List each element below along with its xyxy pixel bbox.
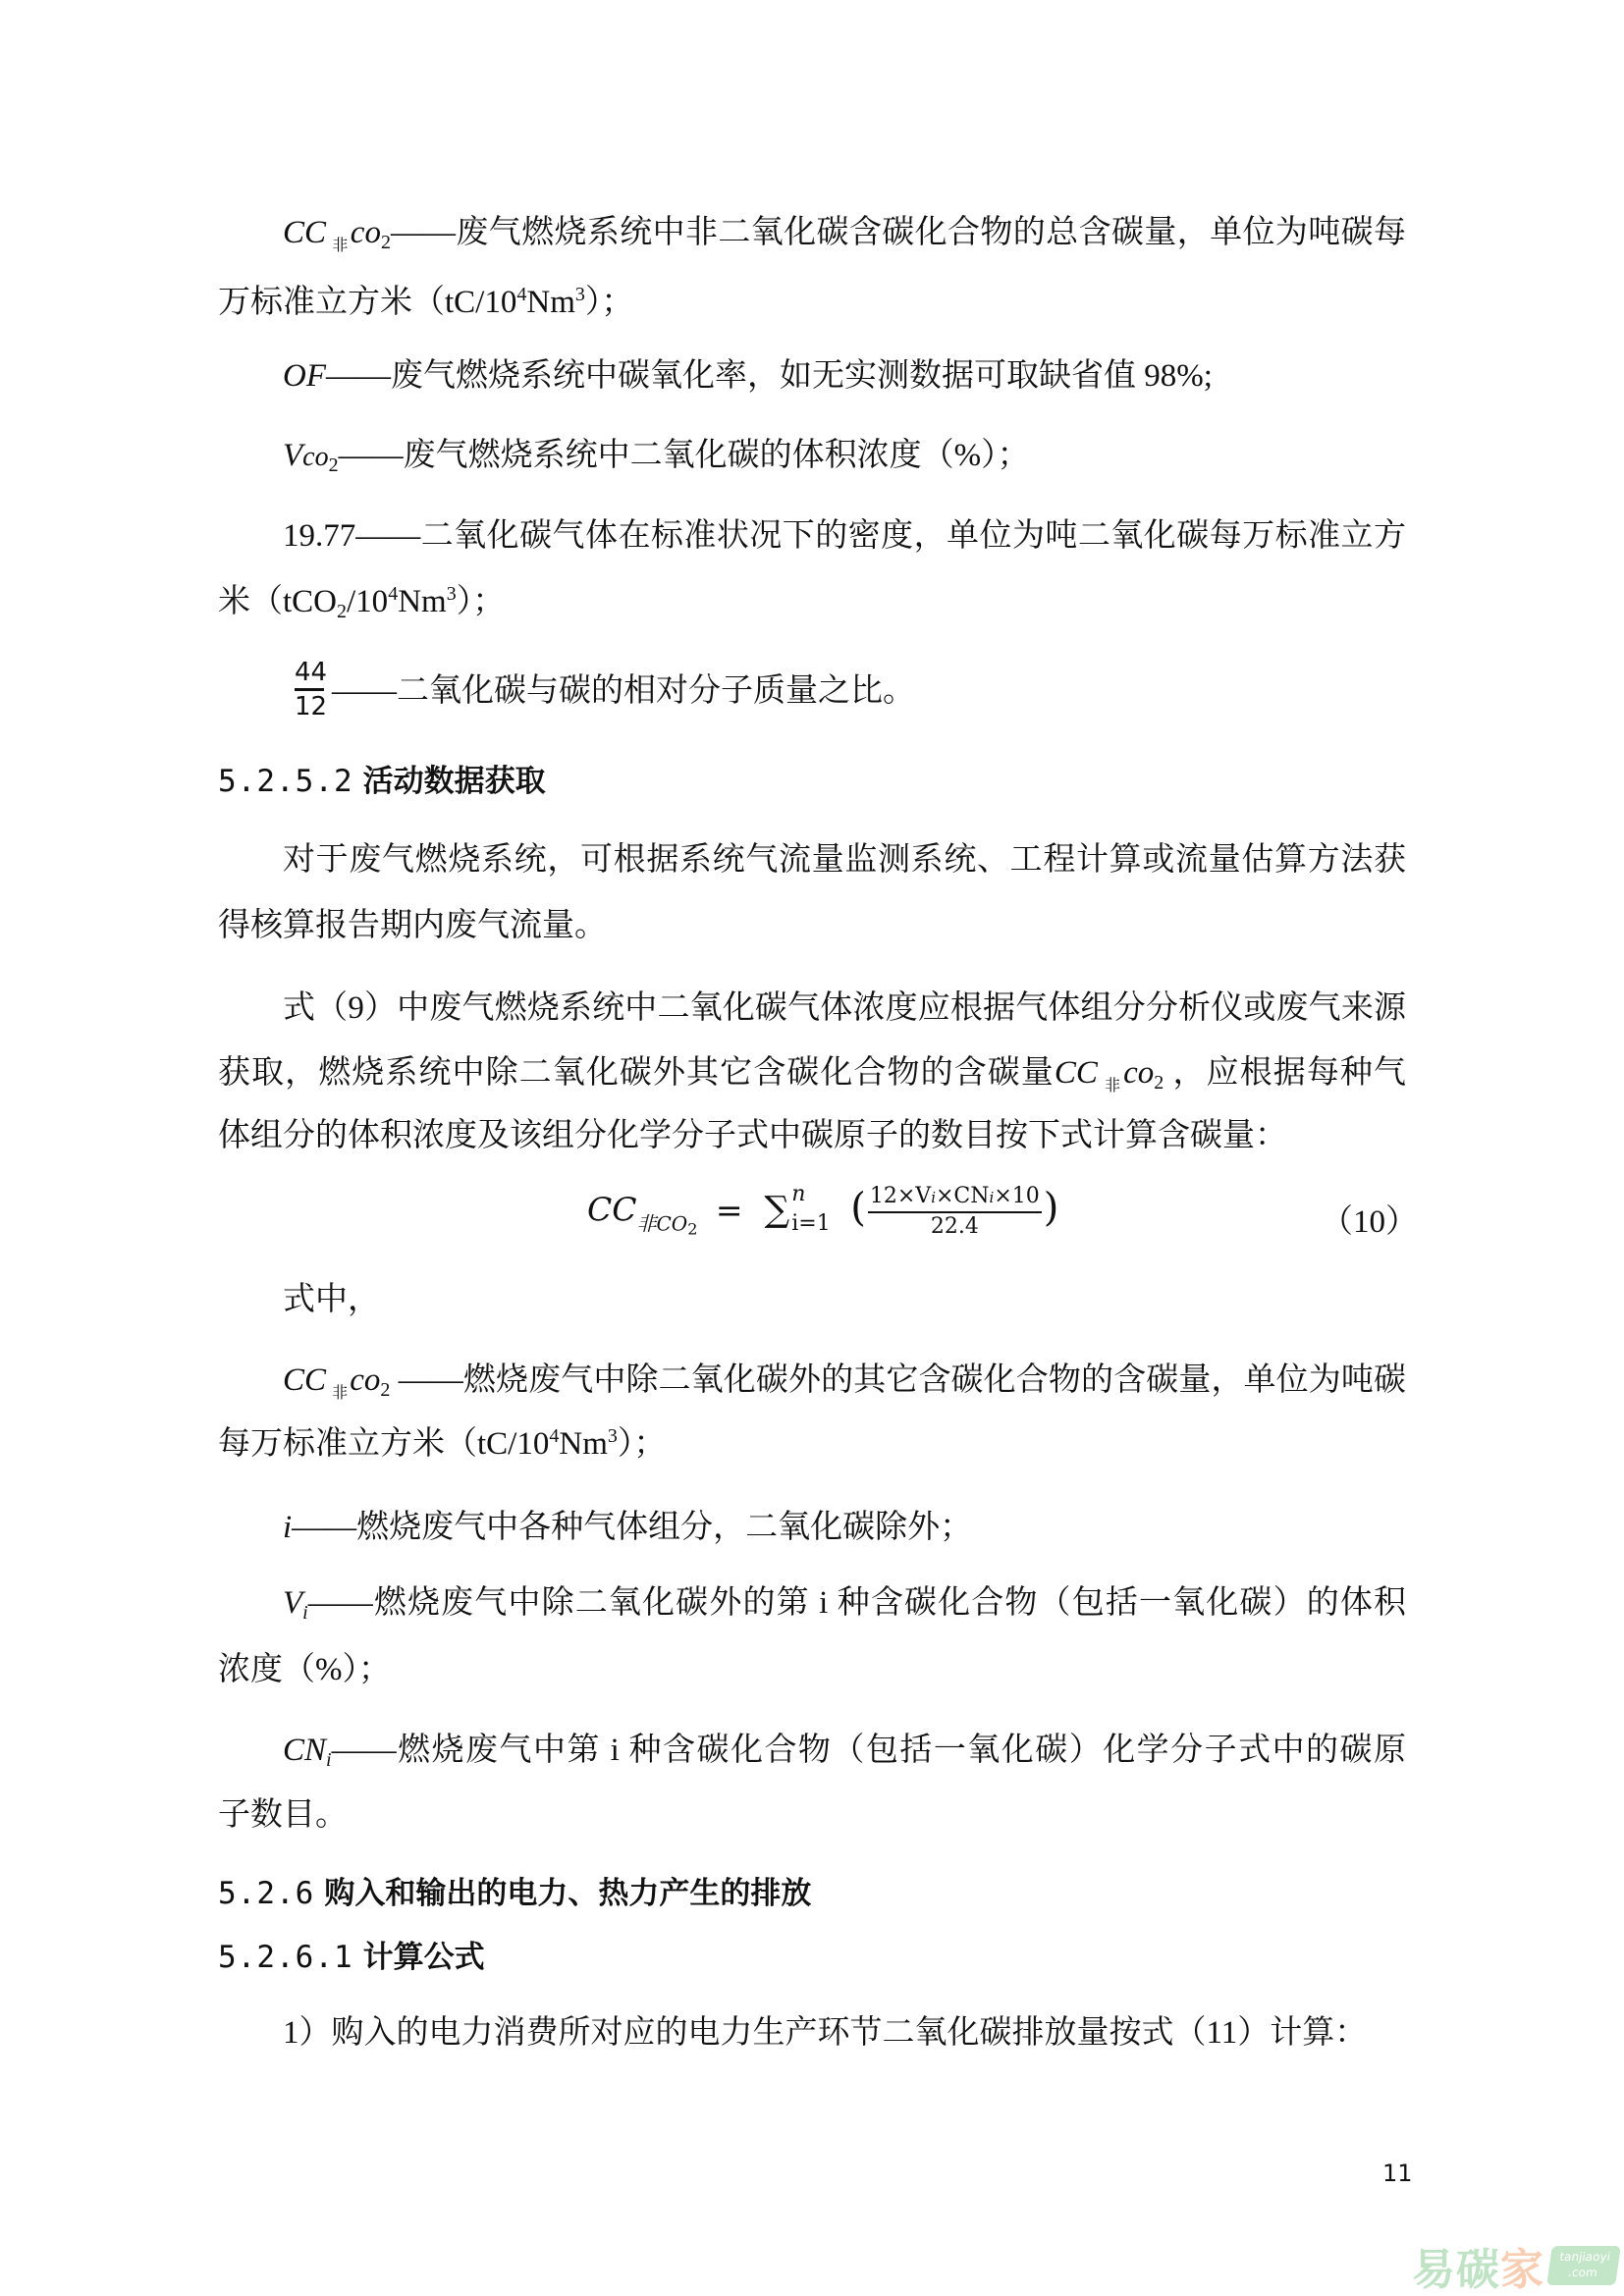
definition-text: ——燃烧废气中除二氧化碳外的第 i 种含碳化合物（包括一氧化碳）的体积	[308, 1585, 1406, 1621]
sum-icon: ∑	[765, 1190, 790, 1230]
definition-text: ——废气燃烧系统中碳氧化率，如无实测数据可取缺省值 98%;	[326, 358, 1213, 394]
section-heading-5-2-6: 5.2.6购入和输出的电力、热力产生的排放	[218, 1874, 811, 1913]
definition-density-line2: 米（tCO2/104Nm3）；	[218, 582, 1406, 621]
definition-text: ——燃烧废气中第 i 种含碳化合物（包括一氧化碳）化学分子式中的碳原	[332, 1733, 1406, 1768]
superscript: 3	[575, 284, 585, 305]
paragraph-2-line1: 式（9）中废气燃烧系统中二氧化碳气体浓度应根据气体组分分析仪或废气来源	[283, 988, 1406, 1028]
sum-upper: n	[791, 1182, 805, 1206]
definition-text: 浓度（%）；	[218, 1652, 391, 1687]
symbol-cc: CC	[283, 1362, 326, 1398]
definition-density-line1: 19.77——二氧化碳气体在标准状况下的密度，单位为吨二氧化碳每万标准立方	[283, 516, 1406, 556]
unit-text: ）；	[457, 584, 506, 619]
unit-text: /10	[347, 584, 388, 619]
watermark-domain-tld: .com	[1547, 2265, 1618, 2280]
subscript-fei: 非	[332, 238, 349, 254]
watermark-domain: tanjiaoyi	[1549, 2249, 1620, 2265]
definition-cni-line1: CNi——燃烧废气中第 i 种含碳化合物（包括一氧化碳）化学分子式中的碳原	[283, 1731, 1406, 1770]
formula-fraction: 12×Vi×CNi×1022.4	[868, 1183, 1042, 1241]
subscript-2: 2	[381, 232, 391, 253]
definition-text: ——二氧化碳与碳的相对分子质量之比。	[332, 673, 915, 709]
sum-lower: i=1	[791, 1211, 830, 1236]
unit-text: ）；	[618, 1426, 667, 1462]
symbol-of: OF	[283, 358, 326, 394]
unit-text: ）；	[585, 285, 634, 320]
definition-text: ——二氧化碳气体在标准状况下的密度，单位为吨二氧化碳每万标准立方	[355, 518, 1406, 554]
open-paren: (	[850, 1186, 866, 1231]
numerator-part: 12×V	[870, 1184, 931, 1208]
subscript-2: 2	[329, 454, 339, 476]
superscript: 3	[447, 583, 457, 605]
unit-text: Nm	[559, 1426, 608, 1462]
paragraph-2-line2: 获取，燃烧系统中除二氧化碳外其它含碳化合物的含碳量CC非co2 ，应根据每种气	[218, 1053, 1406, 1093]
section-heading-5-2-5-2: 5.2.5.2活动数据获取	[218, 762, 546, 801]
definition-text: ——燃烧废气中各种气体组分，二氧化碳除外；	[292, 1510, 972, 1545]
paragraph-text: ，应根据每种气	[1164, 1055, 1406, 1091]
where-text: 式中，	[283, 1282, 380, 1317]
formula-denominator: 22.4	[868, 1213, 1042, 1241]
subscript-fei: 非	[332, 1385, 348, 1402]
watermark-char: 碳	[1456, 2234, 1499, 2296]
unit-text: 米（tCO	[218, 584, 337, 619]
unit-text: Nm	[398, 584, 447, 619]
subscript-2: 2	[380, 1379, 390, 1401]
section-title: 活动数据获取	[363, 764, 546, 799]
watermark-domain-badge: tanjiaoyi .com	[1546, 2246, 1621, 2285]
definition-cc-nonco2-b-line2: 每万标准立方米（tC/104Nm3）；	[218, 1424, 1406, 1464]
section-title: 购入和输出的电力、热力产生的排放	[324, 1876, 811, 1911]
definition-text: ——废气燃烧系统中非二氧化碳含碳化合物的总含碳量，单位为吨碳每	[391, 215, 1406, 250]
unit-text: 万标准立方米（tC/10	[218, 285, 516, 320]
formula-numerator: 12×Vi×CNi×10	[868, 1183, 1042, 1213]
symbol-i: i	[283, 1510, 292, 1545]
formula-equals: =	[716, 1191, 743, 1229]
subscript-co: co	[1123, 1055, 1154, 1091]
subscript-co: co	[351, 215, 381, 250]
paragraph-text: 对于废气燃烧系统，可根据系统气流量监测系统、工程计算或流量估算方法获	[283, 842, 1406, 878]
section-title: 计算公式	[363, 1940, 485, 1975]
definition-vi-line1: Vi——燃烧废气中除二氧化碳外的第 i 种含碳化合物（包括一氧化碳）的体积	[283, 1583, 1406, 1623]
formula-10: CC非CO2 =∑ni=1(12×Vi×CNi×1022.4)	[587, 1183, 1058, 1252]
formula-lhs: CC	[587, 1191, 637, 1229]
paragraph-2-line3: 体组分的体积浓度及该组分化学分子式中碳原子的数目按下式计算含碳量：	[218, 1116, 1406, 1155]
symbol-cc: CC	[1055, 1055, 1098, 1091]
paragraph-text: 获取，燃烧系统中除二氧化碳外其它含碳化合物的含碳量	[218, 1055, 1055, 1091]
superscript: 4	[388, 583, 398, 605]
list-item-1: 1）购入的电力消费所对应的电力生产环节二氧化碳排放量按式（11）计算：	[283, 2013, 1406, 2053]
symbol-cn: CN	[283, 1733, 326, 1768]
subscript-co: co	[350, 1362, 380, 1398]
definition-text: 子数目。	[218, 1797, 348, 1833]
section-heading-5-2-6-1: 5.2.6.1计算公式	[218, 1938, 485, 1977]
superscript: 4	[549, 1425, 559, 1447]
subscript-2: 2	[1154, 1072, 1164, 1094]
list-item-text: 1）购入的电力消费所对应的电力生产环节二氧化碳排放量按式（11）计算：	[283, 2015, 1367, 2051]
paragraph-1-line1: 对于废气燃烧系统，可根据系统气流量监测系统、工程计算或流量估算方法获	[283, 840, 1406, 880]
paragraph-text: 得核算报告期内废气流量。	[218, 908, 607, 943]
symbol-v: V	[283, 1585, 302, 1621]
watermark-logo: 易 碳 家 tanjiaoyi .com	[1412, 2232, 1620, 2291]
paragraph-text: 体组分的体积浓度及该组分化学分子式中碳原子的数目按下式计算含碳量：	[218, 1118, 1287, 1153]
fraction-44-12: 44 12	[295, 658, 324, 722]
subscript-fei: 非	[1104, 1078, 1121, 1095]
fraction-denominator: 12	[295, 691, 324, 722]
formula-lhs-sub2: 2	[687, 1220, 697, 1239]
subscript-co: co	[302, 442, 328, 472]
numerator-part: ×10	[994, 1184, 1039, 1208]
paragraph-1-line2: 得核算报告期内废气流量。	[218, 906, 1406, 945]
formula-lhs-sub: 非CO	[637, 1212, 688, 1236]
subscript: 2	[337, 601, 347, 622]
numerator-part: ×CN	[936, 1184, 990, 1208]
symbol-cc: CC	[283, 215, 326, 250]
superscript: 4	[516, 284, 526, 305]
superscript: 3	[608, 1425, 618, 1447]
page-number: 11	[1382, 2160, 1413, 2187]
definition-cni-line2: 子数目。	[218, 1795, 1406, 1835]
definition-ratio: ——二氧化碳与碳的相对分子质量之比。	[332, 671, 1520, 711]
definition-i: i——燃烧废气中各种气体组分，二氧化碳除外；	[283, 1508, 1406, 1547]
unit-text: 每万标准立方米（tC/10	[218, 1426, 549, 1462]
equation-number: （10）	[1321, 1202, 1418, 1242]
definition-text: ——废气燃烧系统中二氧化碳的体积浓度（%）；	[339, 438, 1030, 473]
definition-vi-line2: 浓度（%）；	[218, 1650, 1406, 1689]
where-label: 式中，	[283, 1280, 1406, 1319]
section-number: 5.2.6.1	[218, 1940, 353, 1975]
definition-cc-nonco2-line2: 万标准立方米（tC/104Nm3）；	[218, 283, 1406, 322]
paragraph-text: 式（9）中废气燃烧系统中二氧化碳气体浓度应根据气体组分分析仪或废气来源	[283, 990, 1406, 1026]
watermark-char: 家	[1500, 2234, 1543, 2296]
unit-text: Nm	[526, 285, 575, 320]
definition-cc-nonco2-b-line1: CC非co2 ——燃烧废气中除二氧化碳外的其它含碳化合物的含碳量，单位为吨碳	[283, 1361, 1406, 1400]
symbol-19-77: 19.77	[283, 518, 355, 554]
sum-limits: ni=1	[789, 1188, 850, 1237]
definition-vco2: Vco2——废气燃烧系统中二氧化碳的体积浓度（%）；	[283, 436, 1406, 475]
definition-cc-nonco2-line1: CC非co2——废气燃烧系统中非二氧化碳含碳化合物的总含碳量，单位为吨碳每	[283, 213, 1406, 252]
close-paren: )	[1044, 1186, 1059, 1231]
section-number: 5.2.5.2	[218, 764, 353, 799]
fraction-numerator: 44	[295, 658, 324, 691]
definition-of: OF——废气燃烧系统中碳氧化率，如无实测数据可取缺省值 98%;	[283, 356, 1406, 396]
watermark-char: 易	[1412, 2234, 1455, 2296]
document-page: CC非co2——废气燃烧系统中非二氧化碳含碳化合物的总含碳量，单位为吨碳每 万标…	[0, 0, 1624, 2296]
symbol-v: V	[283, 438, 302, 473]
section-number: 5.2.6	[218, 1876, 314, 1911]
definition-text: ——燃烧废气中除二氧化碳外的其它含碳化合物的含碳量，单位为吨碳	[390, 1362, 1406, 1398]
